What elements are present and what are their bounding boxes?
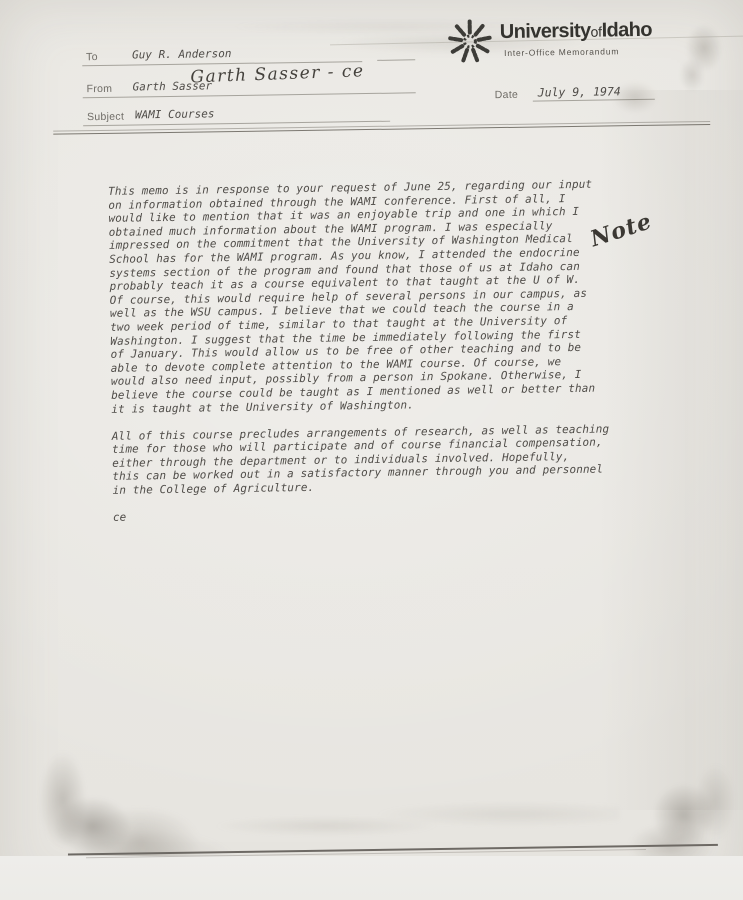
university-logo-block: UniversityofIdaho Inter-Office Memorandu… [444, 12, 705, 68]
scanned-memo-page: To Guy R. Anderson From Garth Sasser Gar… [0, 0, 743, 900]
date-value: July 9, 1974 [538, 84, 621, 99]
brand-word-idaho: Idaho [601, 19, 652, 42]
subject-value: WAMI Courses [135, 107, 215, 121]
to-underline-segment [377, 59, 415, 61]
memo-content: To Guy R. Anderson From Garth Sasser Gar… [0, 0, 743, 900]
date-label: Date [495, 89, 519, 101]
sunburst-logo-icon [444, 17, 497, 66]
memo-body: This memo is in response to your request… [108, 177, 618, 524]
to-label: To [86, 51, 98, 63]
brand-word-of: of [590, 24, 601, 40]
brand-name: UniversityofIdaho [500, 19, 652, 44]
from-label: From [87, 83, 113, 95]
body-paragraph-1: This memo is in response to your request… [108, 177, 616, 416]
from-signature-handwritten: Garth Sasser - ce [190, 61, 365, 87]
body-paragraph-2: All of this course precludes arrangement… [112, 422, 618, 497]
subject-label: Subject [87, 111, 124, 124]
typist-initials: ce [113, 504, 618, 524]
memorandum-subtitle: Inter-Office Memorandum [504, 46, 619, 58]
brand-word-university: University [500, 20, 591, 43]
to-value: Guy R. Anderson [132, 47, 232, 61]
